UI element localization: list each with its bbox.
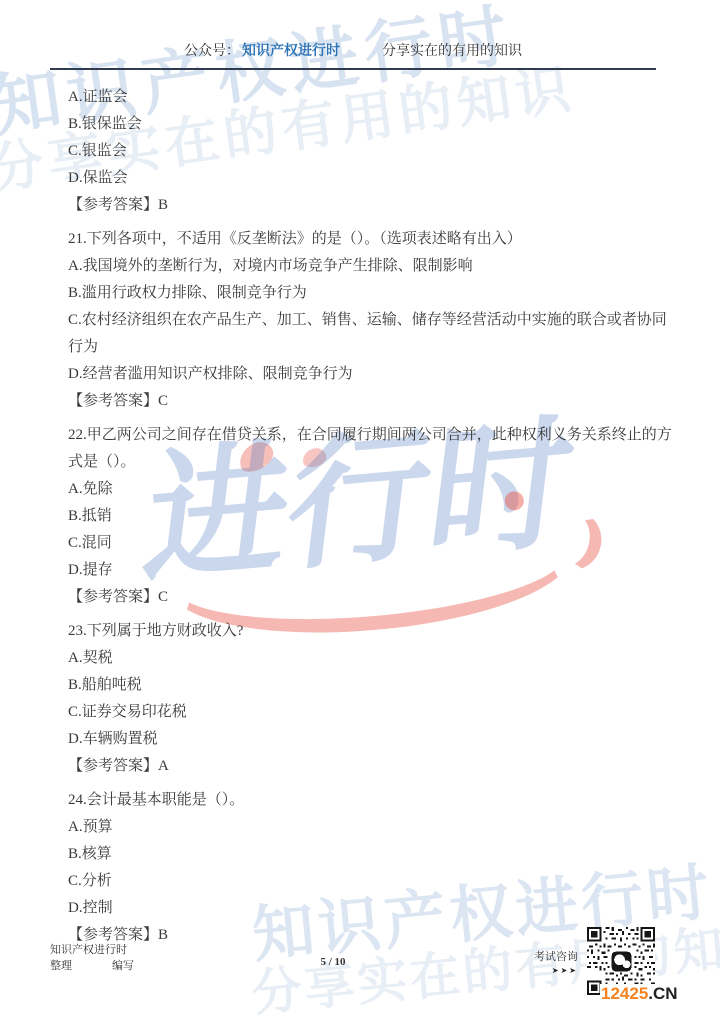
exam-consult: 考试咨询 ➤➤➤: [534, 950, 578, 978]
option-line: D.保监会: [68, 165, 680, 192]
option-line: A.免除: [68, 476, 680, 503]
option-line: D.控制: [68, 895, 680, 922]
option-line: B.银保监会: [68, 111, 680, 138]
option-line: D.提存: [68, 557, 680, 584]
question-block-22: 22.甲乙两公司之间存在借贷关系，在合同履行期间两公司合并，此种权利义务关系终止…: [68, 422, 680, 611]
question-block-20-options: A.证监会 B.银保监会 C.银监会 D.保监会 【参考答案】B: [68, 84, 680, 219]
option-line: C.农村经济组织在农产品生产、加工、销售、运输、储存等经营活动中实施的联合或者协…: [68, 307, 680, 361]
question-line: 23.下列属于地方财政收入?: [68, 618, 680, 645]
option-line: A.证监会: [68, 84, 680, 111]
option-line: D.经营者滥用知识产权排除、限制竞争行为: [68, 361, 680, 388]
option-line: B.滥用行政权力排除、限制竞争行为: [68, 280, 680, 307]
option-line: B.船舶吨税: [68, 672, 680, 699]
answer-line: 【参考答案】A: [68, 753, 680, 780]
answer-line: 【参考答案】B: [68, 192, 680, 219]
option-line: B.抵销: [68, 503, 680, 530]
site-url-number: 12425: [601, 984, 648, 1003]
question-block-21: 21.下列各项中，不适用《反垄断法》的是（）。（选项表述略有出入） A.我国境外…: [68, 226, 680, 415]
question-line: 24.会计最基本职能是（）。: [68, 787, 680, 814]
site-url: 12425.CN: [600, 984, 679, 1003]
option-line: A.契税: [68, 645, 680, 672]
arrows-icon: ➤➤➤: [534, 964, 578, 978]
header-brand: 知识产权进行时: [242, 44, 340, 59]
answer-line: 【参考答案】C: [68, 388, 680, 415]
exam-consult-label: 考试咨询: [534, 950, 578, 964]
question-block-23: 23.下列属于地方财政收入? A.契税 B.船舶吨税 C.证券交易印花税 D.车…: [68, 618, 680, 780]
document-content: A.证监会 B.银保监会 C.银监会 D.保监会 【参考答案】B 21.下列各项…: [68, 84, 680, 949]
page-header: 公众号：知识产权进行时分享实在的有用的知识: [50, 40, 656, 70]
option-line: D.车辆购置税: [68, 726, 680, 753]
option-line: C.混同: [68, 530, 680, 557]
option-line: C.证券交易印花税: [68, 699, 680, 726]
question-block-24: 24.会计最基本职能是（）。 A.预算 B.核算 C.分析 D.控制 【参考答案…: [68, 787, 680, 949]
header-slogan: 分享实在的有用的知识: [382, 44, 522, 59]
option-line: B.核算: [68, 841, 680, 868]
option-line: C.分析: [68, 868, 680, 895]
question-line: 21.下列各项中，不适用《反垄断法》的是（）。（选项表述略有出入）: [68, 226, 680, 253]
option-line: A.我国境外的垄断行为，对境内市场竞争产生排除、限制影响: [68, 253, 680, 280]
option-line: C.银监会: [68, 138, 680, 165]
document-page: 知识产权进行时 分享实在的有用的知识 进行时 知识产权进行时 分享实在的有用的知…: [0, 0, 720, 1018]
answer-line: 【参考答案】C: [68, 584, 680, 611]
option-line: A.预算: [68, 814, 680, 841]
header-prefix: 公众号：: [184, 44, 240, 59]
site-url-suffix: .CN: [648, 984, 677, 1003]
question-line: 22.甲乙两公司之间存在借贷关系，在合同履行期间两公司合并，此种权利义务关系终止…: [68, 422, 680, 476]
